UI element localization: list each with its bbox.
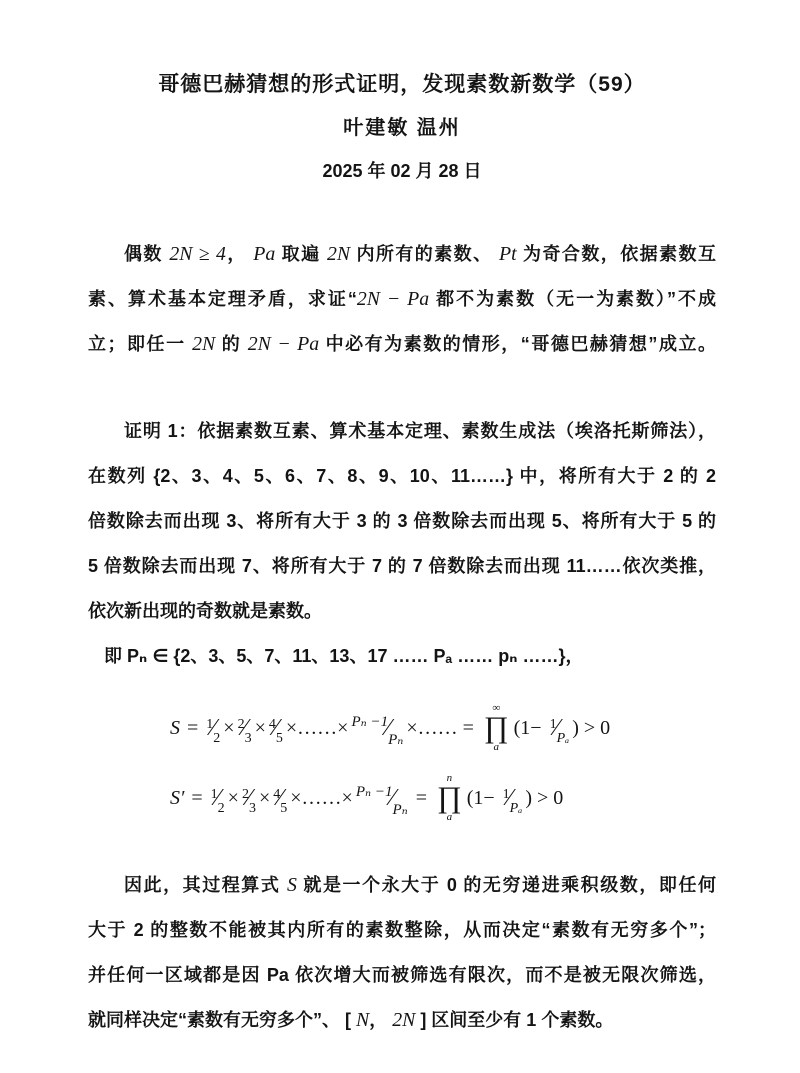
body-text: 因此，其过程算式: [124, 875, 287, 895]
body-text: 证明 1：依据素数互素、算术基本定理、素数生成法（埃洛托斯筛法），: [124, 421, 716, 441]
text-line: 依次新出现的奇数就是素数。: [88, 589, 716, 634]
fraction: 1⁄2: [211, 785, 225, 812]
product-operator: n∏a: [437, 773, 462, 824]
body-text: 偶数: [124, 244, 169, 264]
variable-s: S: [170, 717, 180, 740]
text-line: 素、算术基本定理矛盾，求证“2N − Pa 都不为素数（无一为素数）”不成: [88, 277, 716, 322]
body-text: 立；即任一: [88, 334, 192, 354]
body-text: 即 Pₙ ∈ {2、3、5、7、11、13、17 …… Pₐ …… pₙ ……}…: [104, 646, 583, 666]
formula-s-infinite-product: S = 1⁄2 × 2⁄3 × 4⁄5 ×……× Pₙ −1⁄Pₙ ×…… = …: [170, 693, 716, 763]
fraction: 1⁄2: [206, 715, 220, 742]
text-line: 并任何一区域都是因 Pa 依次增大而被筛选有限次，而不是被无限次筛选，: [88, 953, 716, 998]
text-line: 偶数 2N ≥ 4， Pa 取遍 2N 内所有的素数、 Pt 为奇合数，依据素数…: [88, 232, 716, 277]
product-operator: ∞∏a: [484, 703, 509, 754]
fraction-pa: 1⁄Pₐ: [550, 715, 570, 742]
math-text: Pa: [253, 243, 275, 265]
body-text: ] 区间至少有 1 个素数。: [415, 1010, 613, 1030]
math-text: N: [356, 1009, 369, 1031]
text-line: 5 倍数除去而出现 7、将所有大于 7 的 7 倍数除去而出现 11……依次类推…: [88, 544, 716, 589]
body-text: 倍数除去而出现 3、将所有大于 3 的 3 倍数除去而出现 5、将所有大于 5 …: [88, 511, 716, 531]
body-text: 就是一个永大于 0 的无穷递进乘积级数，即任何: [297, 875, 716, 895]
text-line: 立；即任一 2N 的 2N − Pa 中必有为素数的情形，“哥德巴赫猜想”成立。: [88, 322, 716, 367]
body-text: 就同样决定“素数有无穷多个”、 [: [88, 1010, 356, 1030]
variable-s-prime: S′: [170, 787, 184, 810]
math-text: 2N − Pa: [357, 288, 429, 310]
body-text: ，: [226, 244, 253, 264]
text-line: 证明 1：依据素数互素、算术基本定理、素数生成法（埃洛托斯筛法），: [88, 409, 716, 454]
text-line: 就同样决定“素数有无穷多个”、 [ N， 2N ] 区间至少有 1 个素数。: [88, 998, 716, 1043]
body-text: 依次新出现的奇数就是素数。: [88, 601, 322, 621]
math-text: 2N: [392, 1009, 415, 1031]
body-text: 素、算术基本定理矛盾，求证“: [88, 289, 357, 309]
fraction-pn: Pₙ −1⁄Pₙ: [356, 785, 408, 812]
math-text: 2N ≥ 4: [169, 243, 226, 265]
body-text: 并任何一区域都是因 Pa 依次增大而被筛选有限次，而不是被无限次筛选，: [88, 965, 716, 985]
body-text: 大于 2 的整数不能被其内所有的素数整除，从而决定“素数有无穷多个”；: [88, 920, 716, 940]
text-line: 在数列 {2、3、4、5、6、7、8、9、10、11……} 中，将所有大于 2 …: [88, 454, 716, 499]
body-text: 中必有为素数的情形，“哥德巴赫猜想”成立。: [319, 334, 716, 354]
body-text: 内所有的素数、: [350, 244, 499, 264]
paragraph-proof-1: 证明 1：依据素数互素、算术基本定理、素数生成法（埃洛托斯筛法）， 在数列 {2…: [88, 409, 716, 679]
paragraph-premise: 偶数 2N ≥ 4， Pa 取遍 2N 内所有的素数、 Pt 为奇合数，依据素数…: [88, 232, 716, 367]
body-text: 取遍: [275, 244, 327, 264]
fraction: 2⁄3: [238, 715, 252, 742]
text-line: 倍数除去而出现 3、将所有大于 3 的 3 倍数除去而出现 5、将所有大于 5 …: [88, 499, 716, 544]
fraction: 4⁄5: [273, 785, 287, 812]
body-text: 5 倍数除去而出现 7、将所有大于 7 的 7 倍数除去而出现 11……依次类推…: [88, 556, 716, 576]
formula-block: S = 1⁄2 × 2⁄3 × 4⁄5 ×……× Pₙ −1⁄Pₙ ×…… = …: [88, 693, 716, 833]
math-text: S: [287, 874, 297, 896]
page-title: 哥德巴赫猜想的形式证明，发现素数新数学（59）: [88, 70, 716, 100]
math-text: 2N − Pa: [248, 333, 319, 355]
fraction-pn: Pₙ −1⁄Pₙ: [351, 715, 403, 742]
fraction: 4⁄5: [269, 715, 283, 742]
math-text: 2N: [327, 243, 350, 265]
formula-s-prime-finite-product: S′ = 1⁄2 × 2⁄3 × 4⁄5 ×……× Pₙ −1⁄Pₙ = n∏a…: [170, 763, 716, 833]
math-text: 2N: [192, 333, 215, 355]
body-text: 的: [215, 334, 248, 354]
body-text: ，: [369, 1010, 392, 1030]
prime-set-line: 即 Pₙ ∈ {2、3、5、7、11、13、17 …… Pₐ …… pₙ ……}…: [88, 634, 716, 679]
text-line: 大于 2 的整数不能被其内所有的素数整除，从而决定“素数有无穷多个”；: [88, 908, 716, 953]
author-line: 叶建敏 温州: [88, 114, 716, 142]
body-text: 都不为素数（无一为素数）”不成: [429, 289, 716, 309]
fraction: 2⁄3: [242, 785, 256, 812]
body-text: 为奇合数，依据素数互: [517, 244, 716, 264]
text-line: 因此，其过程算式 S 就是一个永大于 0 的无穷递进乘积级数，即任何: [88, 863, 716, 908]
paragraph-conclusion: 因此，其过程算式 S 就是一个永大于 0 的无穷递进乘积级数，即任何 大于 2 …: [88, 863, 716, 1043]
body-text: 在数列 {2、3、4、5、6、7、8、9、10、11……} 中，将所有大于 2 …: [88, 466, 716, 486]
fraction-pa: 1⁄Pₐ: [503, 785, 523, 812]
document-page: 哥德巴赫猜想的形式证明，发现素数新数学（59） 叶建敏 温州 2025 年 02…: [0, 0, 800, 1073]
date-line: 2025 年 02 月 28 日: [88, 158, 716, 184]
math-text: Pt: [499, 243, 517, 265]
